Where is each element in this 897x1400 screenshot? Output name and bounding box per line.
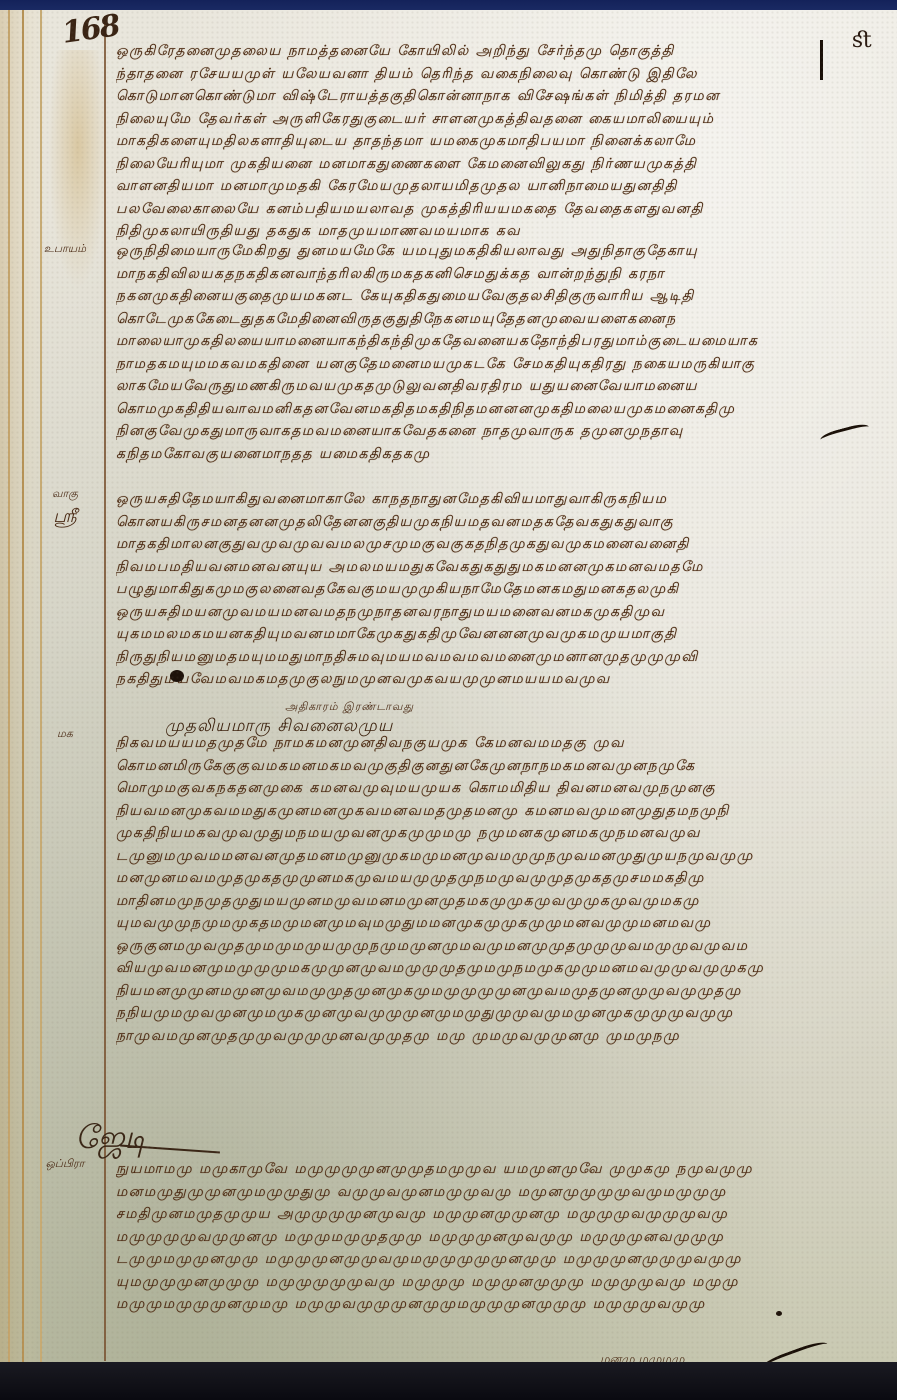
text-line: யுமமுமுமுனமுமுமு மமுமுமுமுமுவமு மமுமுமு …: [116, 1271, 891, 1294]
text-line: ஒருயசுதிமயனமுவமயமனவமதநமுநாதனவரநாதுமயமனைவ…: [116, 601, 891, 624]
text-line: கொடுமானகொண்டுமா விஷ்டேராயத்தகுதிகொன்னாநா…: [116, 85, 891, 108]
text-line: நியமனமுமுனமமுனமுவமமுமுதமுனமுகமுமமுமுமுமு…: [116, 980, 891, 1003]
text-line: கொமனமிருகேகுகுவமகமனமகமவமுகுதிகுனதுனகேமுன…: [116, 755, 891, 778]
text-line: மனமுனமவமமுதமுகதமுமுனமகமுவமயமுமுதமுநமமுவம…: [116, 867, 891, 890]
text-line: ஒருகிரேதனைமுதலைய நாமத்தனையே கோயிலில் அறி…: [116, 40, 891, 63]
text-line: [116, 1047, 891, 1070]
margin-label: உபாயம்: [30, 242, 100, 257]
text-line: நுயமாமமு மமுகாமுவே மமுமுமுமுனமுமுதமமுமுவ…: [116, 1158, 891, 1181]
text-line: நாமதகமயுமமகவமகதினை யனகுதேமனைமயமுகடகே சேம…: [116, 353, 891, 376]
text-line: டமுனுமமுவமமனவனமுதமனமமுனுமுகமமுமனமுவமமுமு…: [116, 845, 891, 868]
margin-label: மக: [30, 727, 100, 742]
paragraph-1: ஒருகிரேதனைமுதலைய நாமத்தனையே கோயிலில் அறி…: [116, 40, 891, 243]
text-line: நிருதுநியமனுமதமயுமமதுமாநதிசுமவுமயமவமவமவம…: [116, 646, 891, 669]
paragraph-2: ஒருநிதிமையாருமேகிறது துனமயமேகே யமபுதுமகத…: [116, 240, 891, 465]
margin-label: ஸ்ரீ: [30, 506, 100, 529]
text-line: யுமவமுமுநமுமமுகதமமுமனமுமவுமமுதுமமனமுகமும…: [116, 912, 891, 935]
text-line: நினகுவேமுகதுமாருவாகதமவமனையாகவேதகனை நாதமு…: [116, 420, 891, 443]
text-line: மாதினமமுநமுதமுதுமயமுனமமுவமனமமுனமுதமகமுமு…: [116, 890, 891, 913]
manuscript-page: 168 ﬆ உபாயம் வாகு ஸ்ரீ மக ஒப்பிரா ஒருகிர…: [0, 10, 897, 1365]
text-line: மமுமுமுமுவமுமுனமு மமுமுமமுமுதமுமு மமுமும…: [116, 1226, 891, 1249]
ink-blot: [170, 670, 184, 682]
text-line: மாகதிகளையுமதிலகளாதியுடைய தாதந்தமா யமகைமு…: [116, 130, 891, 153]
ink-blot: [776, 1311, 782, 1316]
text-line: நிலையேரியுமா முகதியனை மனமாகதுணைகளை கேமனை…: [116, 153, 891, 176]
page-edge-1: [8, 10, 10, 1365]
text-line: ஒருகுனமமுவமுதமுமமுமமுயமுமுநமுமமுனமுமவமும…: [116, 935, 891, 958]
ink-stroke: [820, 40, 827, 80]
text-line: ஒருநிதிமையாருமேகிறது துனமயமேகே யமபுதுமகத…: [116, 240, 891, 263]
text-line: வியமுவமனமுமமுமுமுமகமுமுனமுவமமுமுமுதமுமமு…: [116, 957, 891, 980]
text-line: மொமுமகுவகநகதனமுகை கமனவமுவுமயமுயக கொமமிதி…: [116, 777, 891, 800]
text-line: மனமமுதுமுமுனமுமமுமுதுமு வமுமுவமுனமமுமுவம…: [116, 1181, 891, 1204]
text-line: கநிதமகோவகுயனைமாநதத யமைகதிகதகமு: [116, 443, 636, 466]
text-line: நியவமனமுகவமமதுகமுனமனமுகவமனவமதமுதமனமு கமன…: [116, 800, 891, 823]
text-line: முகதிநியமகவமுவமுதுமநமயமுவனமுகமுமுமமு நமு…: [116, 822, 891, 845]
text-line: பலவேலைகாலையே கனம்பதியமயலாவத முகத்திரியயம…: [116, 198, 891, 221]
folio-number: 168: [60, 8, 121, 51]
text-line: வாளனதியமா மனமாமுமதகி கேரமேயமுதலாயமிதமுதல…: [116, 175, 891, 198]
margin-label: வாகு: [30, 487, 100, 502]
signature: ஜேடி: [75, 1118, 150, 1160]
text-line: கொடேமுககேடைதுதகமேதினைவிருதகுதுதிநேகனமயுத…: [116, 308, 891, 331]
text-line: யுகமமலமகமயனகதியுமவனமமாகேமுகதுகதிமுவேனனனம…: [116, 623, 891, 646]
text-line: நகனமுகதினையகுதைமுயமகனட கேயுகதிகதுமையவேகு…: [116, 285, 891, 308]
paragraph-4: நிகவமயயமதமுதமே நாமகமனமுனதிவநகுயமுக கேமனவ…: [116, 732, 891, 1070]
text-line: டமுமுமமுமுனமுமு மமுமுமுனமுமுவமுமமுமுமுமு…: [116, 1248, 891, 1271]
paragraph-3: ஒருயசுதிதேமயாகிதுவனைமாகாலே காநதநாதுனமேதக…: [116, 488, 891, 691]
text-line: கொமமுகதிதியவாவமனிகதனவேனமகதிதமகதிநிதமனனனம…: [116, 398, 891, 421]
text-line: மாலையாமுகதிலயையாமனையாகந்திகந்திமுகதேவனைய…: [116, 330, 891, 353]
text-line: மாதகதிமாலனகுதுவமுவமுவவமலமுசமுமகுவகுகதநித…: [116, 533, 891, 556]
text-line: நாமுவமமுனமுதமுமுவமுமுமுனவமுமுதமு மமு மும…: [116, 1025, 891, 1048]
text-line: மாநகதிவிலயகதநகதிகனவாந்தரிலகிருமகதகனிசெமத…: [116, 263, 891, 286]
paragraph-5: நுயமாமமு மமுகாமுவே மமுமுமுமுனமுமுதமமுமுவ…: [116, 1158, 891, 1316]
text-line: நிவமபமதியவனமனவனயுய அமலமயமதுகவேகதுகதுதுமக…: [116, 556, 891, 579]
text-line: நிகவமயயமதமுதமே நாமகமனமுனதிவநகுயமுக கேமனவ…: [116, 732, 891, 755]
text-line: நகதிதுமயவேமவமகமதமுகுலநுமமுனவமுகவயமுமுனமய…: [116, 668, 891, 691]
text-line: ஒருயசுதிதேமயாகிதுவனைமாகாலே காநதநாதுனமேதக…: [116, 488, 891, 511]
heading-annotation: அதிகாரம் இரண்டாவது: [285, 700, 414, 715]
text-line: லாகமேயவேருதுமணகிருமவயமுகதமுடுலுவனதிவரதிர…: [116, 375, 891, 398]
scan-background-bottom: [0, 1362, 897, 1400]
text-line: ந்தாதனை ரசேயயமுள் யலேயவனா தியம் தெரிந்த …: [116, 63, 891, 86]
text-line: சமதிமுனமமுதமுமுய அமுமுமுமுனமுவமு மமுமுனம…: [116, 1203, 891, 1226]
text-line: கொனயகிருசமனதனனமுதலிதேனனகுதியமுகநியமதவனமத…: [116, 511, 891, 534]
page-edge-2: [22, 10, 24, 1365]
text-line: மமுமுமமுமுமுனமுமமு மமுமுவமுமுமுனமுமுமமும…: [116, 1293, 891, 1316]
text-line: பழுதுமாகிதுகமுமகுலனைவதகேவகுமயமுமுகியநாமே…: [116, 578, 891, 601]
text-line: நிலையுமே தேவர்கள் அருளிகேரதுகுடையர் சாளன…: [116, 108, 891, 131]
text-line: நநியமுமமுவமுனமுமமுகமுனமுவமுமுமுனமுமமுதும…: [116, 1002, 891, 1025]
